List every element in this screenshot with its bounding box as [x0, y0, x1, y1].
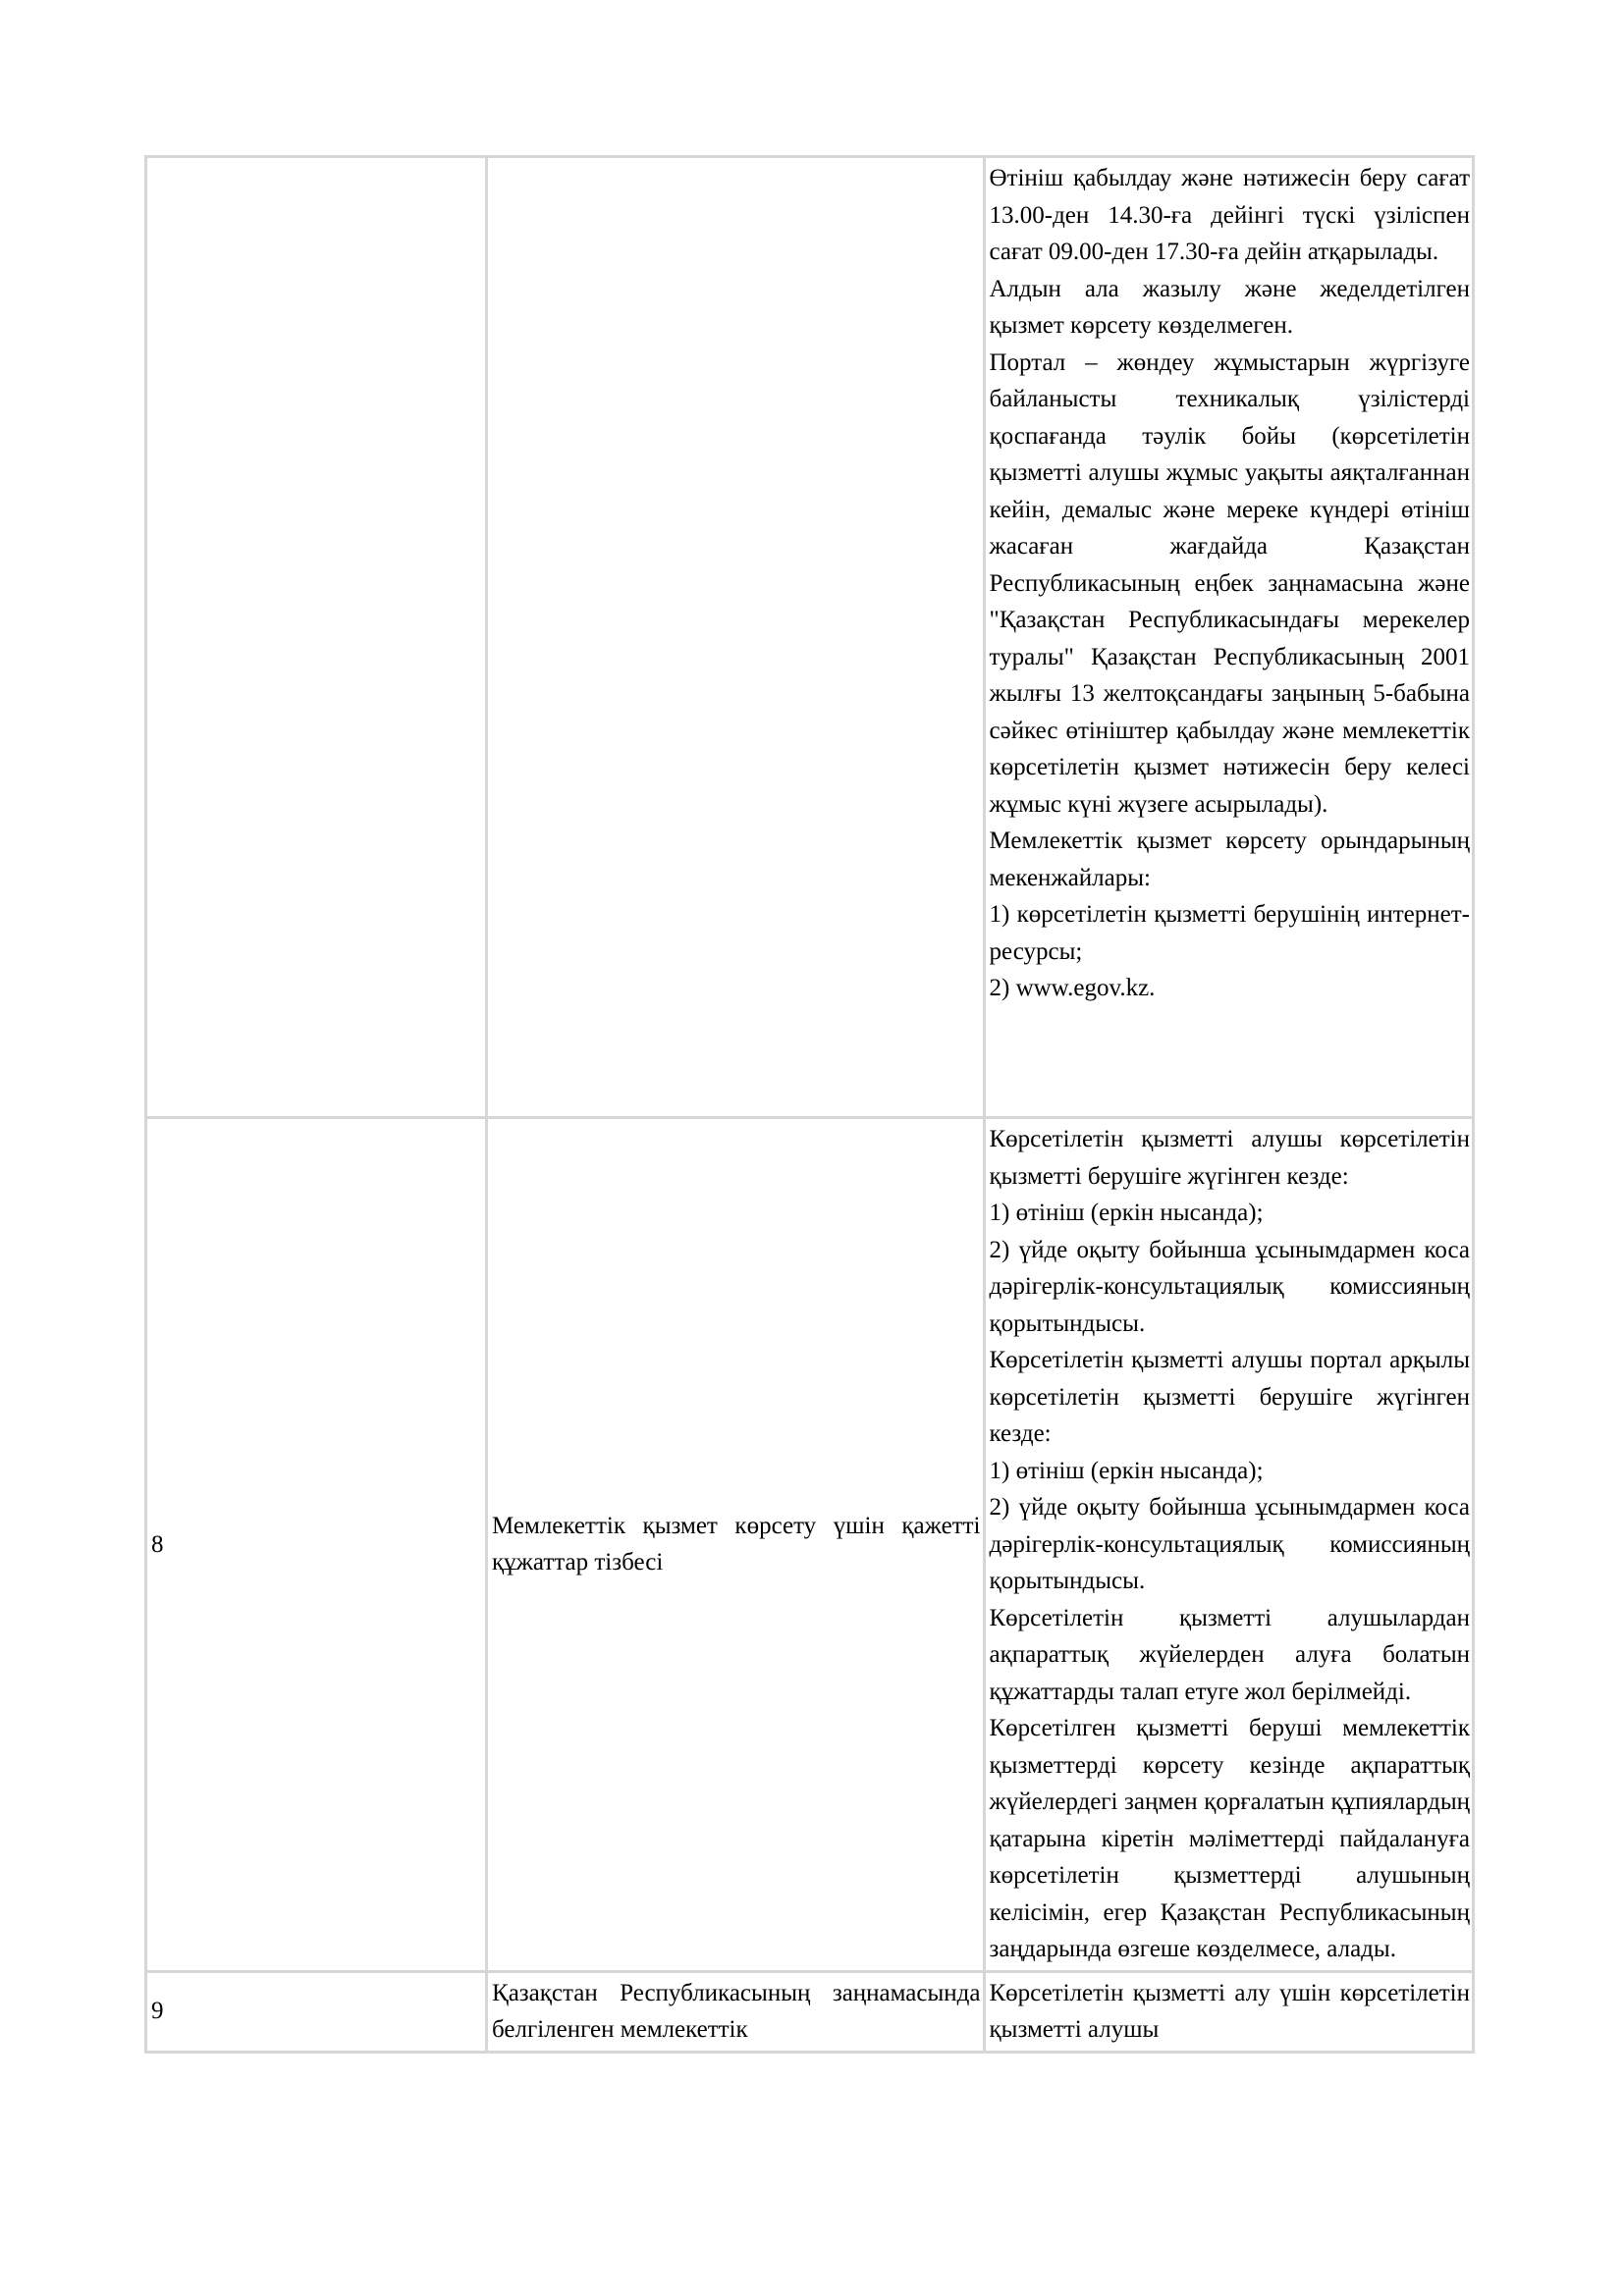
table-row: Өтініш қабылдау және нәтижесін беру саға… — [146, 157, 1474, 1118]
value-paragraph: 1) өтініш (еркін нысанда); — [990, 1453, 1471, 1490]
row-number-cell: 9 — [146, 1971, 487, 2052]
value-paragraph: Көрсетілетін қызметті алушы көрсетілетін… — [990, 1121, 1471, 1195]
value-paragraph: Өтініш қабылдау және нәтижесін беру саға… — [990, 160, 1471, 271]
row-value-cell: Көрсетілетін қызметті алушы көрсетілетін… — [984, 1118, 1474, 1972]
value-paragraph: Көрсетілген қызметті беруші мемлекеттік … — [990, 1710, 1471, 1968]
value-paragraph: Көрсетілетін қызметті алушылардан ақпара… — [990, 1600, 1471, 1711]
value-paragraph: 1) өтініш (еркін нысанда); — [990, 1195, 1471, 1232]
value-paragraph: Көрсетілетін қызметті алу үшін көрсетіле… — [990, 1975, 1471, 2049]
value-paragraph: 1) көрсетілетін қызметті берушінің интер… — [990, 896, 1471, 970]
value-paragraph: Мемлекеттік қызмет көрсету орындарының м… — [990, 823, 1471, 896]
row-name-cell: Мемлекеттік қызмет көрсету үшін қажетті … — [487, 1118, 984, 1972]
row-value-cell: Көрсетілетін қызметті алу үшін көрсетіле… — [984, 1971, 1474, 2052]
value-paragraph: 2) үйде оқыту бойынша ұсынымдармен коса … — [990, 1489, 1471, 1600]
value-paragraph: 2) үйде оқыту бойынша ұсынымдармен коса … — [990, 1232, 1471, 1343]
table-row: 9 Қазақстан Республикасының заңнамасында… — [146, 1971, 1474, 2052]
row-name-cell: Қазақстан Республикасының заңнамасында б… — [487, 1971, 984, 2052]
row-name-cell — [487, 157, 984, 1118]
table-row: 8 Мемлекеттік қызмет көрсету үшін қажетт… — [146, 1118, 1474, 1972]
value-paragraph: Портал – жөндеу жұмыстарын жүргізуге бай… — [990, 345, 1471, 824]
value-paragraph: 2) www.egov.kz. — [990, 970, 1471, 1007]
row-value-cell: Өтініш қабылдау және нәтижесін беру саға… — [984, 157, 1474, 1118]
value-paragraph: Көрсетілетін қызметті алушы портал арқыл… — [990, 1342, 1471, 1453]
row-number-cell — [146, 157, 487, 1118]
row-number-cell: 8 — [146, 1118, 487, 1972]
services-standard-table: Өтініш қабылдау және нәтижесін беру саға… — [144, 155, 1475, 2054]
value-paragraph: Алдын ала жазылу және жеделдетілген қызм… — [990, 271, 1471, 345]
